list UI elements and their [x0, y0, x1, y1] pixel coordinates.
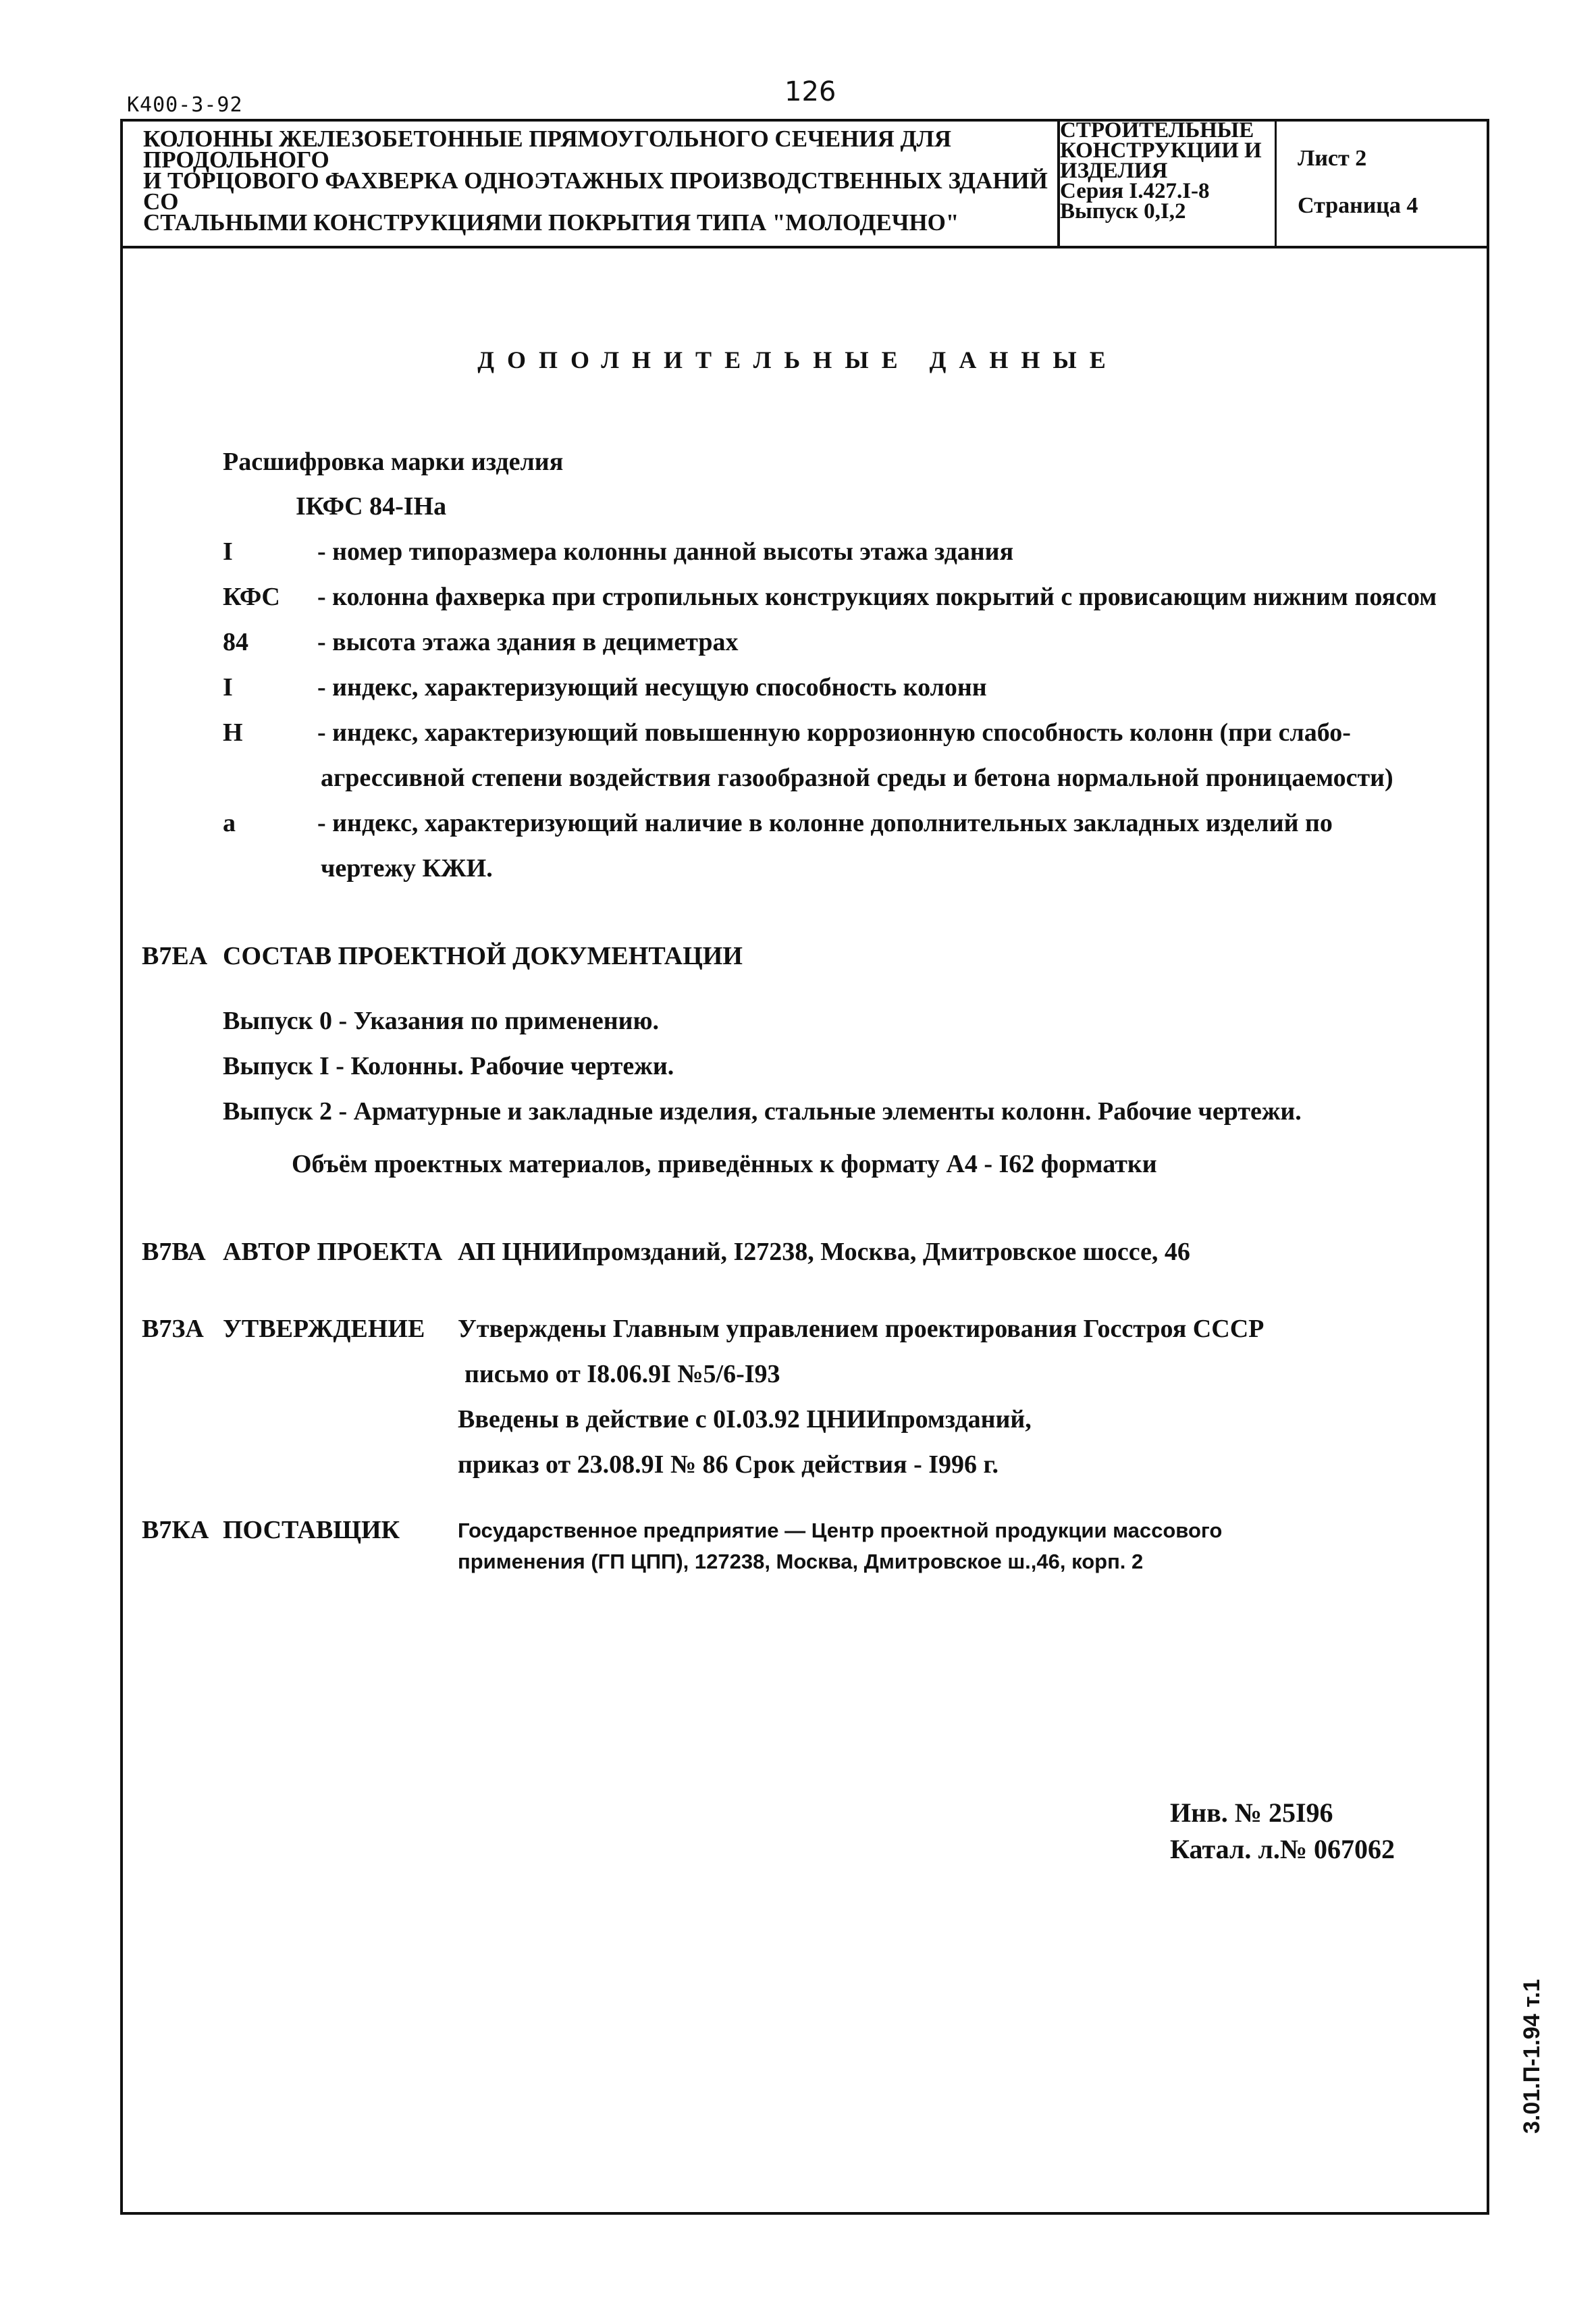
sheet-block: Лист 2 Страница 4 — [1298, 135, 1418, 230]
header-column-divider — [1275, 119, 1277, 247]
legend-desc: - индекс, характеризующий несущую способ… — [317, 673, 987, 702]
approval-line: Утверждены Главным управлением проектиро… — [458, 1314, 1264, 1344]
series-line: Серия I.427.I-8 — [1060, 181, 1262, 201]
author-label: АВТОР ПРОЕКТА — [223, 1237, 442, 1267]
document-title: КОЛОННЫ ЖЕЛЕЗОБЕТОННЫЕ ПРЯМОУГОЛЬНОГО СЕ… — [143, 128, 1048, 233]
legend-desc: - индекс, характеризующий наличие в коло… — [317, 808, 1333, 838]
author-value: АП ЦНИИпромзданий, I27238, Москва, Дмитр… — [458, 1237, 1190, 1267]
series-line: СТРОИТЕЛЬНЫЕ — [1060, 120, 1262, 140]
title-line: И ТОРЦОВОГО ФАХВЕРКА ОДНОЭТАЖНЫХ ПРОИЗВО… — [143, 170, 1048, 212]
supplier-value: Государственное предприятие — Центр прое… — [458, 1515, 1222, 1577]
approval-line: письмо от I8.06.9I №5/6-I93 — [464, 1359, 780, 1389]
legend-key: КФС — [223, 582, 290, 612]
series-line: Выпуск 0,I,2 — [1060, 201, 1262, 221]
legend-key: I — [223, 673, 290, 702]
section-code: В7КА — [142, 1515, 209, 1545]
section-heading: ДОПОЛНИТЕЛЬНЫЕ ДАННЫЕ — [0, 346, 1596, 374]
inventory-number: Инв. № 25I96 — [1170, 1795, 1395, 1831]
supplier-line: Государственное предприятие — Центр прое… — [458, 1515, 1222, 1546]
series-block: СТРОИТЕЛЬНЫЕ КОНСТРУКЦИИ И ИЗДЕЛИЯ Серия… — [1060, 120, 1262, 221]
section-code: В7ЕА — [142, 941, 207, 971]
approval-line: приказ от 23.08.9I № 86 Срок действия - … — [458, 1450, 999, 1479]
catalog-number: Катал. л.№ 067062 — [1170, 1831, 1395, 1868]
legend-desc: - индекс, характеризующий повышенную кор… — [317, 718, 1351, 747]
approval-label: УТВЕРЖДЕНИЕ — [223, 1314, 425, 1344]
legend-key: I — [223, 537, 290, 567]
product-mark: IКФС 84-IНа — [296, 492, 446, 521]
section-code: В7ЗА — [142, 1314, 204, 1344]
volume-note: Объём проектных материалов, приведённых … — [292, 1149, 1157, 1179]
decoding-title: Расшифровка марки изделия — [223, 447, 563, 477]
series-line: ИЗДЕЛИЯ — [1060, 161, 1262, 181]
inventory-block: Инв. № 25I96 Катал. л.№ 067062 — [1170, 1795, 1395, 1868]
legend-desc: - номер типоразмера колонны данной высот… — [317, 537, 1013, 567]
header-divider — [120, 246, 1489, 248]
document-code: К400-3-92 — [127, 93, 243, 117]
legend-desc: агрессивной степени воздействия газообра… — [321, 763, 1393, 793]
series-line: КОНСТРУКЦИИ И — [1060, 140, 1262, 161]
legend-key: Н — [223, 718, 290, 747]
legend-key: а — [223, 808, 290, 838]
page-number: 126 — [784, 76, 836, 107]
supplier-label: ПОСТАВЩИК — [223, 1515, 400, 1545]
issue-item: Выпуск I - Колонны. Рабочие чертежи. — [223, 1051, 674, 1081]
sheet-number: Лист 2 — [1298, 135, 1418, 182]
title-line: КОЛОННЫ ЖЕЛЕЗОБЕТОННЫЕ ПРЯМОУГОЛЬНОГО СЕ… — [143, 128, 1048, 170]
issue-item: Выпуск 2 - Арматурные и закладные издели… — [223, 1097, 1302, 1126]
issue-item: Выпуск 0 - Указания по применению. — [223, 1006, 659, 1036]
side-code: 3.01.П-1.94 т.1 — [1519, 1979, 1545, 2134]
section-code: В7ВА — [142, 1237, 206, 1267]
page-label: Страница 4 — [1298, 182, 1418, 230]
composition-label: СОСТАВ ПРОЕКТНОЙ ДОКУМЕНТАЦИИ — [223, 941, 743, 971]
legend-key: 84 — [223, 627, 290, 657]
title-line: СТАЛЬНЫМИ КОНСТРУКЦИЯМИ ПОКРЫТИЯ ТИПА "М… — [143, 212, 1048, 233]
legend-desc: - колонна фахверка при стропильных конст… — [317, 582, 1437, 612]
supplier-line: применения (ГП ЦПП), 127238, Москва, Дми… — [458, 1546, 1222, 1577]
approval-line: Введены в действие с 0I.03.92 ЦНИИпромзд… — [458, 1404, 1032, 1434]
legend-desc: чертежу КЖИ. — [321, 853, 493, 883]
legend-desc: - высота этажа здания в дециметрах — [317, 627, 739, 657]
